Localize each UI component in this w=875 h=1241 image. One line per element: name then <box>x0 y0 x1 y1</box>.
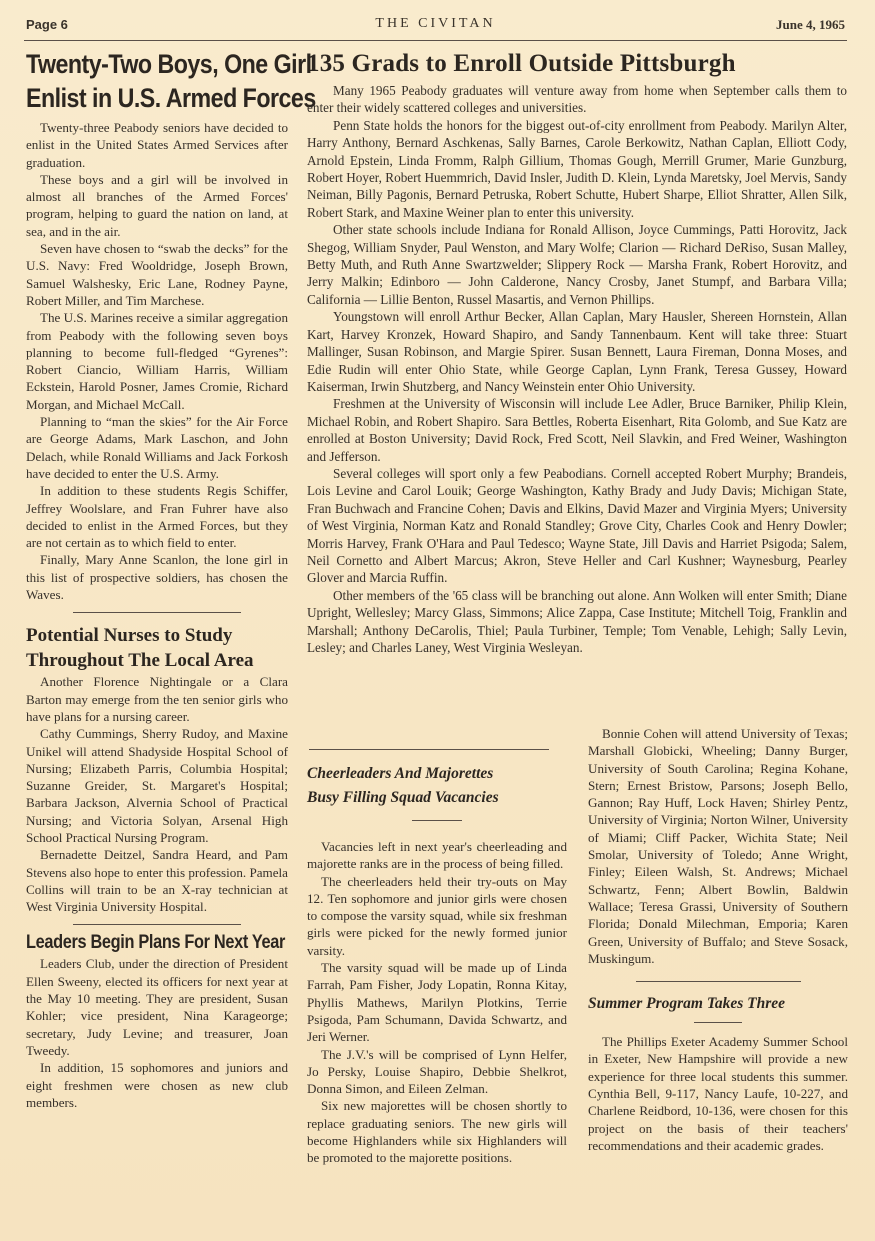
article-paragraph: Planning to “man the skies” for the Air … <box>26 413 288 482</box>
article-paragraph: Many 1965 Peabody graduates will venture… <box>307 82 847 117</box>
middle-column: Cheerleaders And Majorettes Busy Filling… <box>307 745 567 1167</box>
section-divider <box>73 924 241 925</box>
issue-date: June 4, 1965 <box>776 17 845 33</box>
article-paragraph: Finally, Mary Anne Scanlon, the lone gir… <box>26 551 288 603</box>
article-paragraph: The varsity squad will be made up of Lin… <box>307 959 567 1045</box>
article-paragraph: Vacancies left in next year's cheerleadi… <box>307 838 567 873</box>
article-paragraph: Seven have chosen to “swab the decks” fo… <box>26 240 288 309</box>
article-paragraph: The J.V.'s will be comprised of Lynn Hel… <box>307 1046 567 1098</box>
newspaper-page: Page 6 THE CIVITAN June 4, 1965 Twenty-T… <box>0 0 875 1241</box>
masthead-rule <box>24 40 847 41</box>
article-paragraph: Freshmen at the University of Wisconsin … <box>307 395 847 465</box>
section-divider <box>73 612 241 613</box>
article-paragraph: In addition, 15 sophomores and juniors a… <box>26 1059 288 1111</box>
headline-armed-forces-line1: Twenty-Two Boys, One Girl <box>26 47 251 81</box>
right-column: Bonnie Cohen will attend University of T… <box>588 725 848 1154</box>
headline-leaders: Leaders Begin Plans For Next Year <box>26 931 251 955</box>
article-armed-forces: Twenty-Two Boys, One Girl Enlist in U.S.… <box>26 47 288 603</box>
article-paragraph: Other state schools include Indiana for … <box>307 221 847 308</box>
section-divider <box>309 749 549 750</box>
headline-divider <box>412 820 462 821</box>
headline-divider <box>694 1022 742 1023</box>
article-paragraph: Twenty-three Peabody seniors have decide… <box>26 119 288 171</box>
left-column: Twenty-Two Boys, One Girl Enlist in U.S.… <box>26 44 288 1111</box>
headline-cheerleaders-line1: Cheerleaders And Majorettes <box>307 762 567 786</box>
article-paragraph: The Phillips Exeter Academy Summer Schoo… <box>588 1033 848 1154</box>
article-paragraph: Youngstown will enroll Arthur Becker, Al… <box>307 308 847 395</box>
article-paragraph: Another Florence Nightingale or a Clara … <box>26 673 288 725</box>
article-paragraph: The U.S. Marines receive a similar aggre… <box>26 309 288 413</box>
article-paragraph: The cheerleaders held their try-outs on … <box>307 873 567 959</box>
article-paragraph: Several colleges will sport only a few P… <box>307 465 847 587</box>
article-cheerleaders: Cheerleaders And Majorettes Busy Filling… <box>307 762 567 1167</box>
article-paragraph: In addition to these students Regis Schi… <box>26 482 288 551</box>
article-paragraph: Cathy Cummings, Sherry Rudoy, and Maxine… <box>26 725 288 846</box>
newspaper-title: THE CIVITAN <box>24 16 847 32</box>
article-paragraph: Bernadette Deitzel, Sandra Heard, and Pa… <box>26 846 288 915</box>
article-continuation-grads: Bonnie Cohen will attend University of T… <box>588 725 848 967</box>
article-nurses: Potential Nurses to Study Throughout The… <box>26 623 288 915</box>
headline-nurses-line2: Throughout The Local Area <box>26 648 288 673</box>
headline-grads: 135 Grads to Enroll Outside Pittsburgh <box>307 46 847 82</box>
headline-summer: Summer Program Takes Three <box>588 992 848 1016</box>
article-paragraph: Penn State holds the honors for the bigg… <box>307 117 847 221</box>
article-grads: 135 Grads to Enroll Outside Pittsburgh M… <box>307 46 847 656</box>
headline-cheerleaders-line2: Busy Filling Squad Vacancies <box>307 786 567 810</box>
article-leaders: Leaders Begin Plans For Next Year Leader… <box>26 931 288 1111</box>
headline-nurses-line1: Potential Nurses to Study <box>26 623 288 648</box>
article-paragraph: Other members of the '65 class will be b… <box>307 587 847 657</box>
article-paragraph: Six new majorettes will be chosen shortl… <box>307 1097 567 1166</box>
article-paragraph: Leaders Club, under the direction of Pre… <box>26 955 288 1059</box>
article-paragraph: These boys and a girl will be involved i… <box>26 171 288 240</box>
article-summer: Summer Program Takes Three The Phillips … <box>588 992 848 1154</box>
headline-armed-forces-line2: Enlist in U.S. Armed Forces <box>26 81 251 115</box>
masthead: Page 6 THE CIVITAN June 4, 1965 <box>24 14 847 36</box>
main-column: 135 Grads to Enroll Outside Pittsburgh M… <box>307 44 847 656</box>
section-divider <box>636 981 801 982</box>
